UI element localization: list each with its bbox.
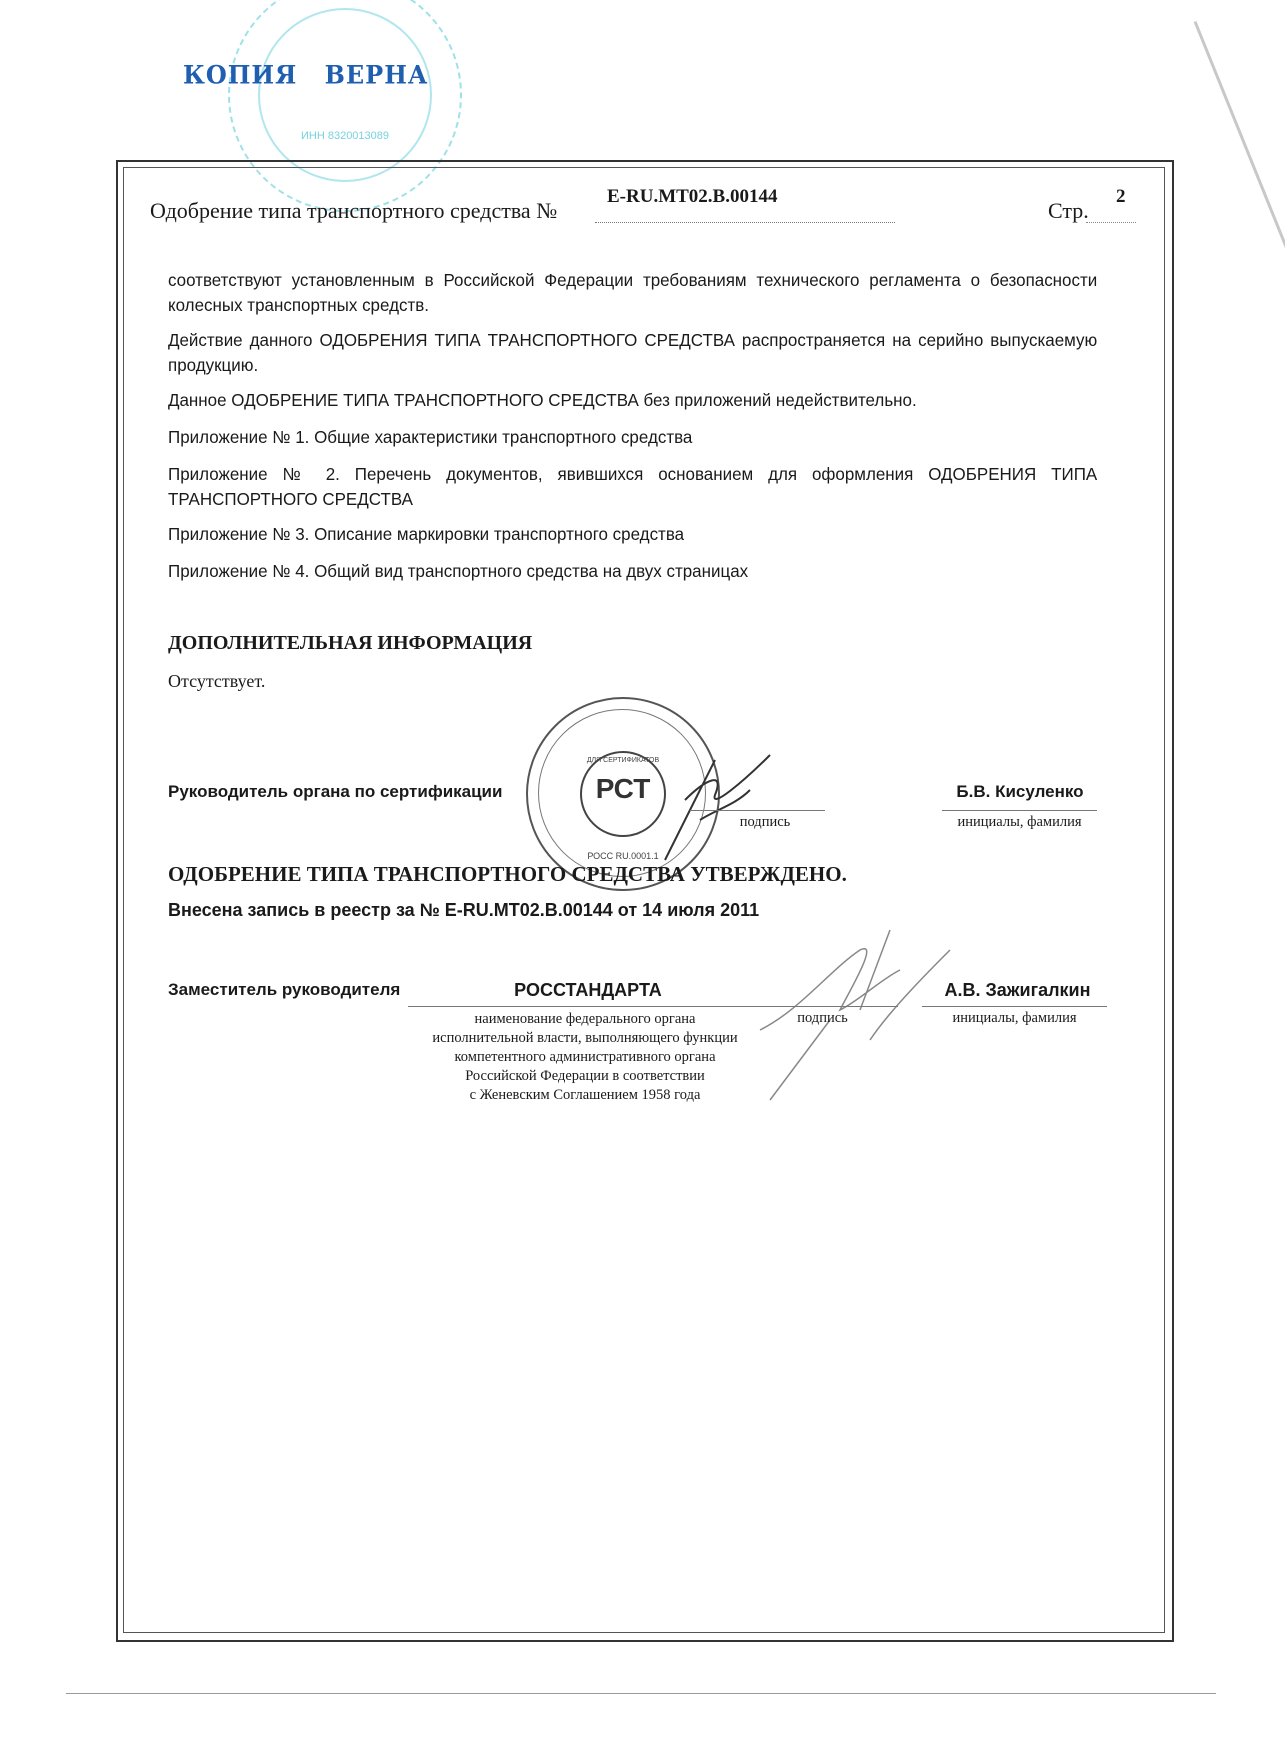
name-1-caption: инициалы, фамилия bbox=[942, 814, 1097, 831]
name-1-line bbox=[942, 810, 1097, 811]
paragraph-validity: Данное ОДОБРЕНИЕ ТИПА ТРАНСПОРТНОГО СРЕД… bbox=[168, 388, 1097, 413]
organization-caption-line: наименование федерального органа bbox=[390, 1010, 780, 1029]
registry-entry: Внесена запись в реестр за № E-RU.MT02.B… bbox=[168, 900, 759, 921]
document-title: Одобрение типа транспортного средства № bbox=[150, 198, 557, 224]
signature-1-line bbox=[690, 810, 825, 811]
signatory-2-name: А.В. Зажигалкин bbox=[930, 980, 1105, 1001]
organization-caption-line: Российской Федерации в соответствии bbox=[390, 1067, 780, 1086]
appendix-1: Приложение № 1. Общие характеристики тра… bbox=[168, 425, 1097, 450]
organization-caption-line: исполнительной власти, выполняющего функ… bbox=[390, 1029, 780, 1048]
organization-caption-line: компетентного административного органа bbox=[390, 1048, 780, 1067]
appendix-3: Приложение № 3. Описание маркировки тран… bbox=[168, 522, 1097, 547]
signature-2-caption: подпись bbox=[760, 1010, 885, 1027]
signature-1-caption: подпись bbox=[700, 814, 830, 831]
page-number-underline bbox=[1086, 222, 1136, 223]
copy-verified-label: КОПИЯ ВЕРНА bbox=[183, 59, 428, 89]
signatory-1-role: Руководитель органа по сертификации bbox=[168, 782, 502, 802]
signatory-1-name: Б.В. Кисуленко bbox=[945, 782, 1095, 802]
number-underline bbox=[595, 222, 895, 223]
paragraph-compliance: соответствуют установленным в Российской… bbox=[168, 268, 1097, 318]
stamp-inn-text: ИНН 8320013089 bbox=[230, 130, 460, 142]
organization-caption-line: с Женевским Соглашением 1958 года bbox=[390, 1086, 780, 1105]
signatory-2-role: Заместитель руководителя bbox=[168, 980, 400, 1000]
scan-bottom-line bbox=[66, 1693, 1216, 1694]
name-2-caption: инициалы, фамилия bbox=[922, 1010, 1107, 1027]
appendix-4: Приложение № 4. Общий вид транспортного … bbox=[168, 559, 1097, 584]
signature-1-icon bbox=[655, 740, 785, 870]
page-number: 2 bbox=[1116, 186, 1126, 208]
page-label: Стр. bbox=[1048, 198, 1089, 224]
appendix-2: Приложение № 2. Перечень документов, яви… bbox=[168, 462, 1097, 512]
approval-number: E-RU.MT02.B.00144 bbox=[607, 186, 777, 208]
paragraph-scope: Действие данного ОДОБРЕНИЯ ТИПА ТРАНСПОР… bbox=[168, 328, 1097, 378]
signature-2-line bbox=[748, 1006, 898, 1007]
organization-line bbox=[408, 1006, 763, 1007]
additional-info-heading: ДОПОЛНИТЕЛЬНАЯ ИНФОРМАЦИЯ bbox=[168, 632, 532, 655]
approval-statement: ОДОБРЕНИЕ ТИПА ТРАНСПОРТНОГО СРЕДСТВА УТ… bbox=[168, 862, 847, 887]
organization-name: РОССТАНДАРТА bbox=[408, 980, 768, 1001]
name-2-line bbox=[922, 1006, 1107, 1007]
organization-caption: наименование федерального органа исполни… bbox=[390, 1010, 780, 1105]
additional-info-text: Отсутствует. bbox=[168, 671, 265, 692]
scan-artifact-mark bbox=[1194, 21, 1285, 263]
stamp-inner-ring bbox=[258, 8, 432, 182]
